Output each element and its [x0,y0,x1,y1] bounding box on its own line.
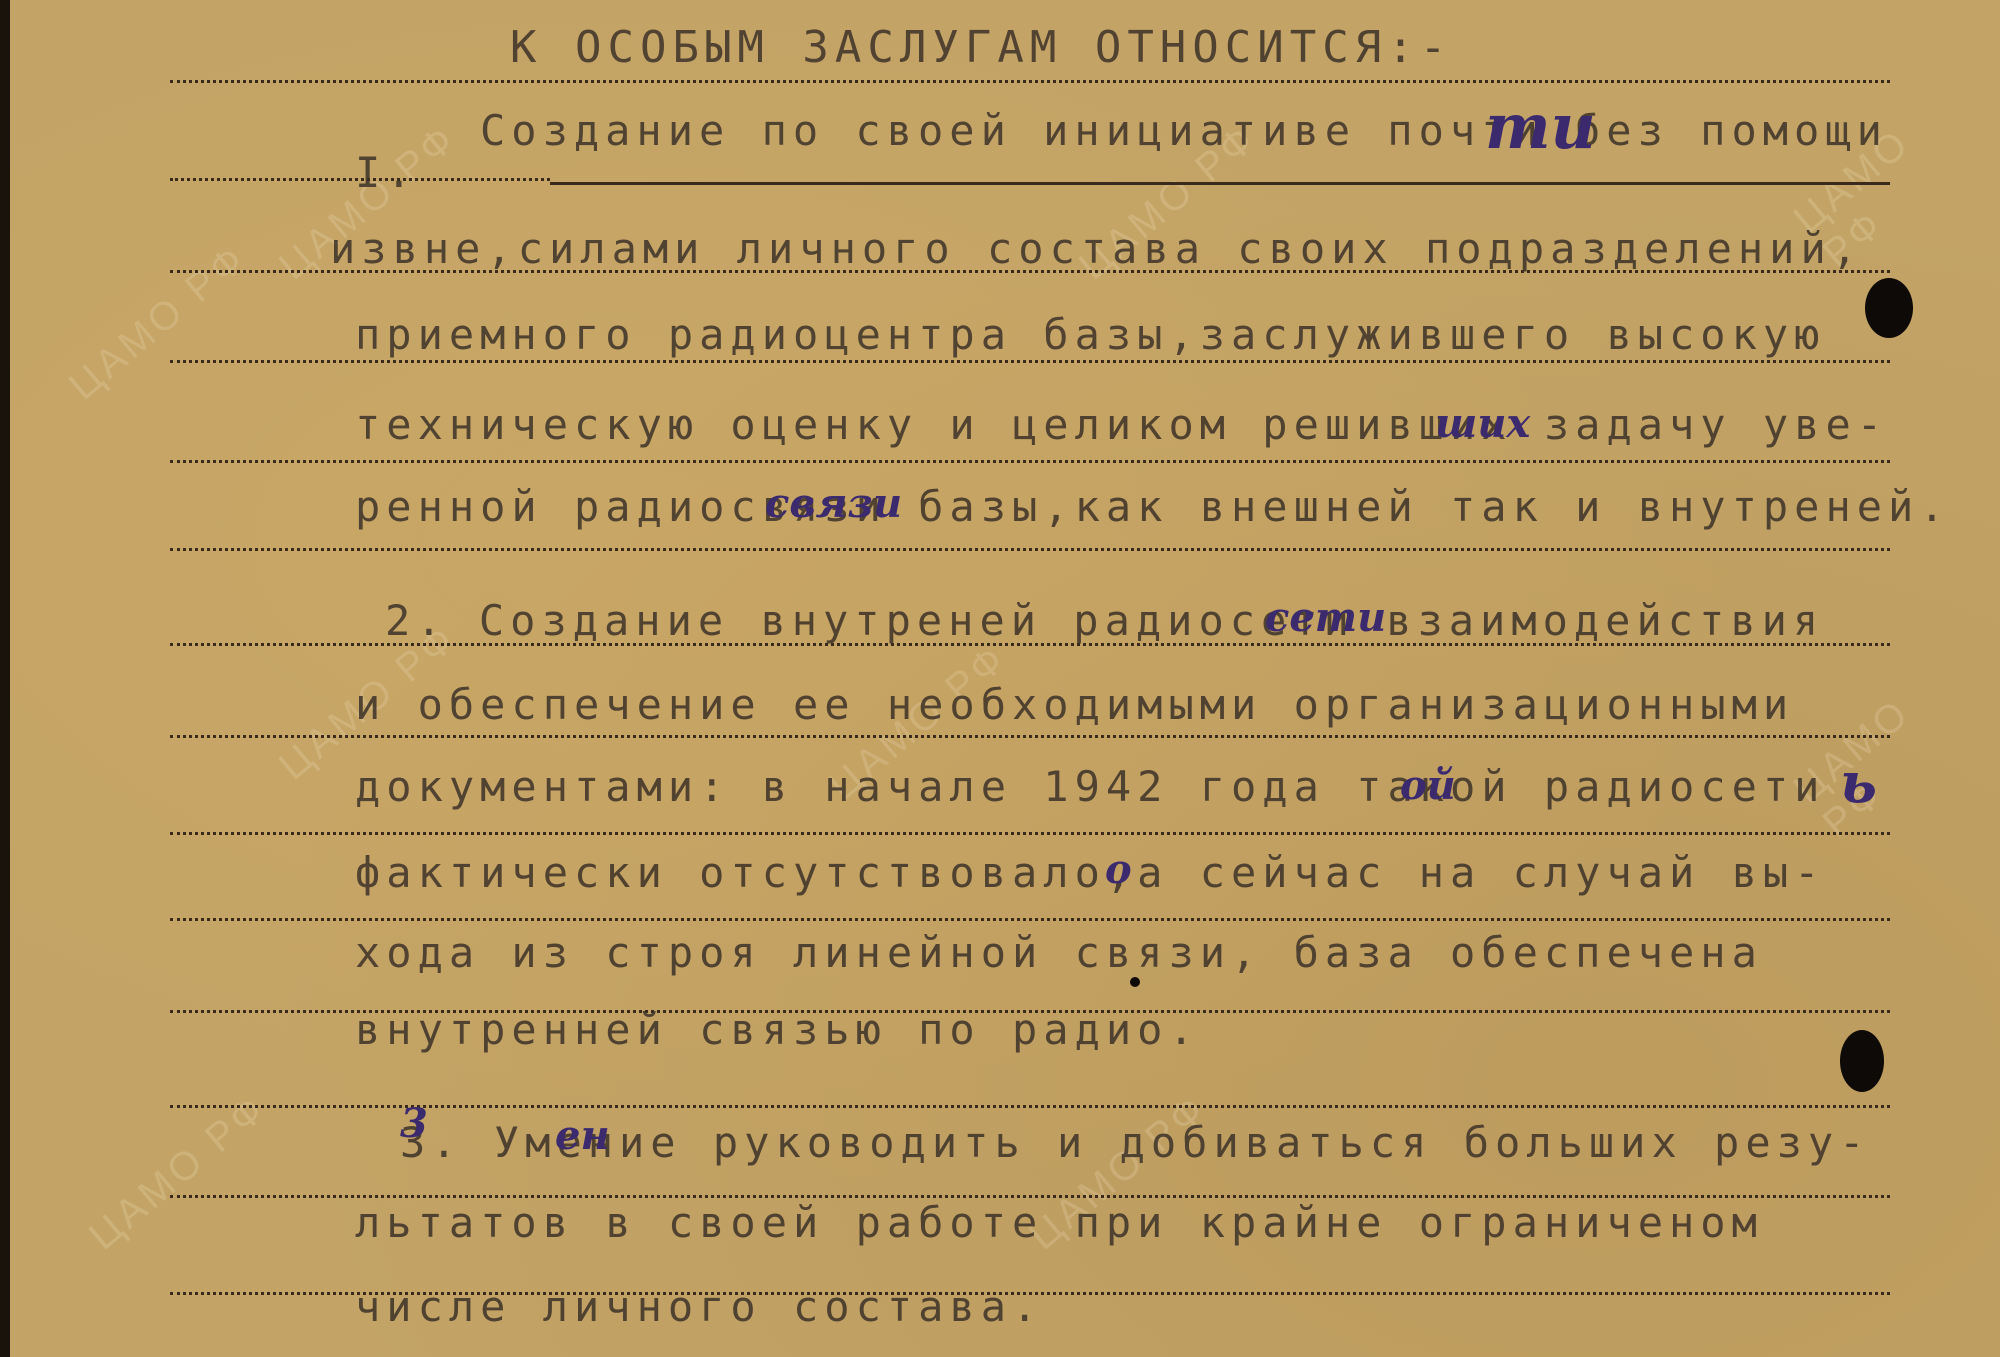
punch-hole [1840,1030,1884,1092]
item-3-line-1: 3. Умение руководить и добиваться больши… [400,1118,1870,1167]
ruled-line [170,360,1890,363]
item-number: 2. [385,596,448,645]
item-1-line-2: извне,силами личного состава своих подра… [330,224,1863,273]
item-2-line-1: 2. Создание внутреней радиосети взаимоде… [385,596,1824,645]
handwritten-correction: связи [765,480,902,527]
item-3-line-1-text: Умение руководить и добиваться больших р… [494,1118,1871,1167]
punch-hole [1865,278,1913,338]
item-1-line-3: приемного радиоцентра базы,заслужившего … [355,310,1825,359]
section-heading: К ОСОБЫМ ЗАСЛУГАМ ОТНОСИТСЯ:- [510,22,1452,73]
item-1-line-4: техническую оценку и целиком решивших за… [355,400,1888,449]
item-number: I. [355,148,418,197]
handwritten-correction: сети [1265,594,1386,641]
item-2-line-4: фактически отсутствовало,а сейчас на слу… [355,848,1825,897]
item-3-line-3: числе личного состава. [355,1282,1043,1331]
ruled-line [170,832,1890,835]
handwritten-correction: ти [1485,90,1596,163]
item-2-line-2: и обеспечение ее необходимыми организаци… [355,680,1794,729]
handwritten-correction: 3 [400,1100,428,1147]
ruled-line [170,548,1890,551]
item-1-line-1: Создание по своей инициативе почти без п… [480,106,1888,155]
item-2-line-1-text: Создание внутреней радиосети взаимодейст… [479,596,1824,645]
archive-watermark: ЦАМО РФ [61,236,256,410]
ruled-line [170,918,1890,921]
ruled-line [170,735,1890,738]
ruled-line [550,182,1890,185]
item-3-line-2: льтатов в своей работе при крайне ограни… [355,1198,1763,1247]
ruled-line [170,80,1890,83]
item-2-line-3: документами: в начале 1942 года такой ра… [355,762,1825,811]
item-1-line-5: ренной радиосвязи базы,как внешней так и… [355,482,1951,531]
archive-watermark: ЦАМО РФ [81,1086,276,1260]
ink-dot [1130,977,1140,987]
item-2-line-6: внутренней связью по радио. [355,1005,1200,1054]
handwritten-correction: о [1105,846,1132,893]
ruled-line [170,460,1890,463]
handwritten-correction: ен [555,1112,610,1159]
ruled-line [170,1105,1890,1108]
handwritten-correction: ой [1400,762,1456,809]
item-2-line-5: хода из строя линейной связи, база обесп… [355,928,1763,977]
handwritten-correction: ь [1840,750,1877,816]
document-page: ЦАМО РФ ЦАМО РФ ЦАМО РФ ЦАМО РФ ЦАМО РФ … [10,0,2000,1357]
archive-watermark: ЦАМО РФ [1786,643,2000,847]
handwritten-correction: ших [1435,400,1530,447]
